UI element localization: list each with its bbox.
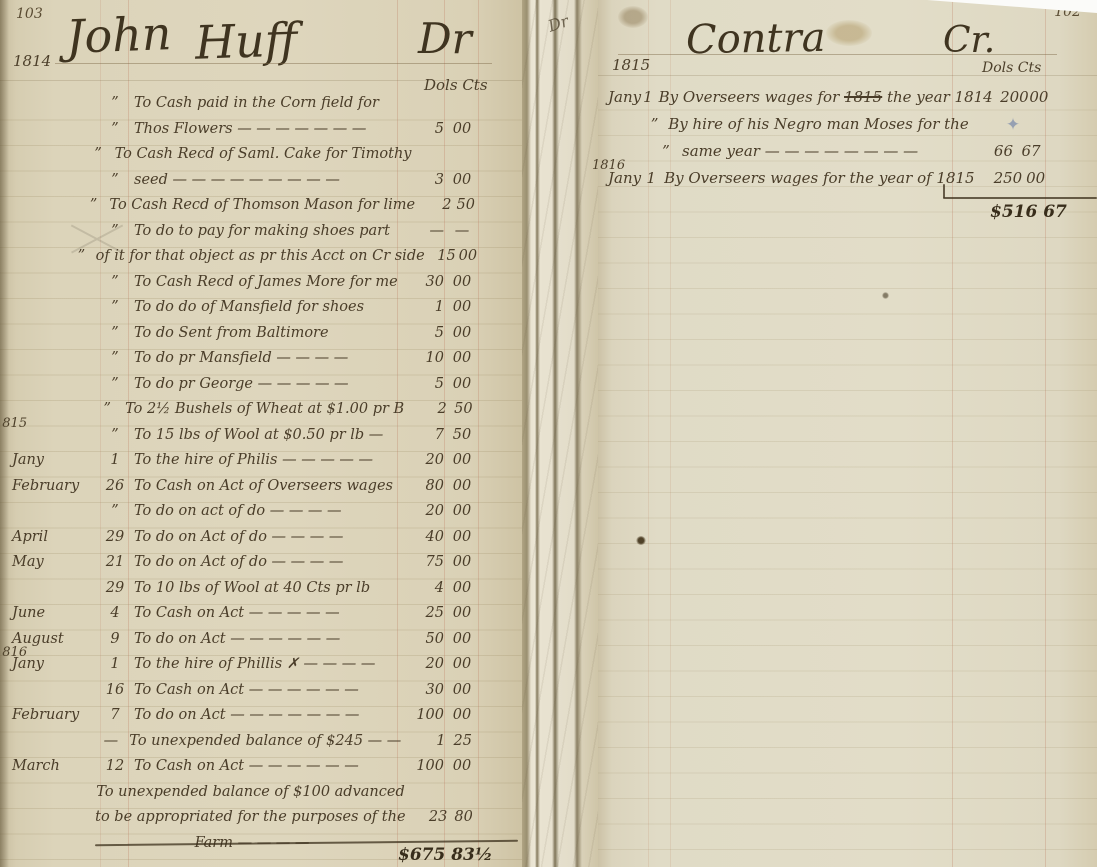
total-rule-hook xyxy=(943,184,945,198)
entry-text: To do Sent from Baltimore xyxy=(130,325,398,341)
amount-dollars: 3 xyxy=(398,172,444,188)
amount-dollars: 200 xyxy=(993,88,1029,106)
header-rule xyxy=(55,63,492,64)
ink-spot xyxy=(636,536,646,545)
date-day: ” xyxy=(86,146,111,162)
ledger-row: ”To Cash paid in the Corn field for xyxy=(0,95,522,121)
amount-cents: 00 xyxy=(444,376,480,392)
amount-dollars: 30 xyxy=(398,682,444,698)
ledger-row: May21To do on Act of do — — — —7500 xyxy=(0,554,522,580)
book-binding-gutter: Dr xyxy=(522,0,598,867)
amount-cents: 00 xyxy=(444,707,480,723)
date-day: ” xyxy=(100,503,130,519)
amount-cents: 00 xyxy=(444,350,480,366)
ledger-row: ”By hire of his Negro man Moses for the✦ xyxy=(598,115,1097,142)
date-day: 29 xyxy=(100,580,130,596)
amount-cents: 00 xyxy=(444,121,480,137)
pencil-mark xyxy=(68,212,126,264)
entry-text: To do on Act of do — — — — xyxy=(130,554,398,570)
amount-dollars: 1 xyxy=(401,733,445,749)
amount-cents: 00 xyxy=(444,325,480,341)
date-day: ” xyxy=(645,115,664,133)
entry-text: To Cash on Act of Overseers wages xyxy=(130,478,398,494)
date-month: February xyxy=(0,707,100,723)
date-day: 16 xyxy=(100,682,130,698)
ledger-row: ”To do on act of do — — — —2000 xyxy=(0,503,522,529)
paper-stain xyxy=(618,6,648,28)
ledger-row: ”To do pr Mansfield — — — —1000 xyxy=(0,350,522,376)
date-day: ” xyxy=(100,350,130,366)
contra-heading: Contra xyxy=(686,15,826,63)
pencil-star-mark: ✦ xyxy=(992,115,1020,135)
amount-dollars: 7 xyxy=(398,427,444,443)
date-day: ” xyxy=(82,197,106,213)
date-day: 1 xyxy=(100,452,130,468)
ledger-row: 1815”To 15 lbs of Wool at $0.50 pr lb —7… xyxy=(0,427,522,453)
date-month: 1816Jany xyxy=(598,169,642,187)
year-label: 1814 xyxy=(13,52,51,70)
amount-dollars: 20 xyxy=(398,656,444,672)
ledger-row: ”same year — — — — — — — —6667 xyxy=(598,142,1097,169)
ledger-row: February7To do on Act — — — — — — —10000 xyxy=(0,707,522,733)
debit-side-label: Dr xyxy=(418,14,472,63)
entry-text: To the hire of Philis — — — — — xyxy=(130,452,398,468)
amount-dollars: 30 xyxy=(398,274,444,290)
ledger-row: 16To Cash on Act — — — — — —3000 xyxy=(0,682,522,708)
amount-cents: 00 xyxy=(1022,169,1049,187)
ledger-row: ”To Cash Recd of James More for me3000 xyxy=(0,274,522,300)
ledger-page-debit: 103 1814 John Huff Dr Dols Cts ”To Cash … xyxy=(0,0,522,867)
date-month: March xyxy=(0,758,100,774)
entry-text: To Cash Recd of Thomson Mason for lime xyxy=(105,197,415,213)
amount-cents: 00 xyxy=(456,248,480,264)
amount-cents: 00 xyxy=(444,758,480,774)
amount-dollars: 5 xyxy=(398,121,444,137)
date-month: Jany xyxy=(0,452,100,468)
amount-dollars: 15 xyxy=(425,248,456,264)
ledger-row: February26To Cash on Act of Overseers wa… xyxy=(0,478,522,504)
amount-cents: 00 xyxy=(444,452,480,468)
account-holder-first-name: John xyxy=(65,6,172,64)
date-day: 12 xyxy=(100,758,130,774)
date-day: ” xyxy=(100,376,130,392)
date-month: 1816Jany xyxy=(0,656,100,672)
amount-cents: 00 xyxy=(444,682,480,698)
amount-dollars: 25 xyxy=(398,605,444,621)
amount-cents: 00 xyxy=(444,631,480,647)
entry-text: To Cash paid in the Corn field for xyxy=(130,95,398,111)
amount-cents: 00 xyxy=(444,580,480,596)
amount-cents: 50 xyxy=(444,427,480,443)
entry-text: same year — — — — — — — — xyxy=(678,142,949,160)
date-day: 1 xyxy=(642,169,660,187)
ledger-row: Jany1To the hire of Philis — — — — —2000 xyxy=(0,452,522,478)
struck-out-text: 1815 xyxy=(844,88,882,106)
entry-text: By hire of his Negro man Moses for the xyxy=(664,115,969,133)
amount-dollars: 1 xyxy=(398,299,444,315)
amount-cents: 00 xyxy=(444,605,480,621)
amount-dollars: 2 xyxy=(415,197,451,213)
page-total: $516 67 xyxy=(990,202,1067,222)
ledger-row: ”To Cash Recd of Saml. Cake for Timothy xyxy=(0,146,522,172)
gutter-page-edges xyxy=(522,0,598,867)
amount-cents: 80 xyxy=(447,809,480,825)
entry-text: By Overseers wages for 1815 the year 181… xyxy=(655,88,993,106)
amount-column-header: Dols Cts xyxy=(424,76,488,94)
entry-text: to be appropriated for the purposes of t… xyxy=(91,809,405,825)
ledger-rows: Jany1By Overseers wages for 1815 the yea… xyxy=(598,88,1097,196)
year-label: 1815 xyxy=(612,56,650,74)
entry-text: To Cash on Act — — — — — xyxy=(130,605,398,621)
entry-text: To do to pay for making shoes part xyxy=(130,223,398,239)
ledger-row: 1816Jany1By Overseers wages for the year… xyxy=(598,169,1097,196)
header-rule xyxy=(618,54,1057,55)
date-day: ” xyxy=(654,142,678,160)
ledger-row: March12To Cash on Act — — — — — —10000 xyxy=(0,758,522,784)
entry-text: To 15 lbs of Wool at $0.50 pr lb — xyxy=(130,427,398,443)
amount-dollars: 10 xyxy=(398,350,444,366)
amount-cents: 00 xyxy=(444,529,480,545)
ledger-row: April29To do on Act of do — — — —4000 xyxy=(0,529,522,555)
amount-cents: 00 xyxy=(1029,88,1049,106)
ledger-row: 1816Jany1To the hire of Phillis ✗ — — — … xyxy=(0,656,522,682)
entry-text: of it for that object as pr this Acct on… xyxy=(92,248,425,264)
date-month: April xyxy=(0,529,100,545)
date-day: ” xyxy=(100,299,130,315)
entry-text: To do on Act — — — — — — xyxy=(130,631,398,647)
entry-text: To Cash on Act — — — — — — xyxy=(130,682,398,698)
amount-dollars: ✦ xyxy=(969,115,1020,135)
amount-dollars: 4 xyxy=(398,580,444,596)
ledger-row: ”To 2½ Bushels of Wheat at $1.00 pr B250 xyxy=(0,401,522,427)
amount-dollars: 75 xyxy=(398,554,444,570)
date-day: ” xyxy=(100,95,130,111)
date-day: ” xyxy=(100,427,130,443)
date-day: 29 xyxy=(100,529,130,545)
ink-spot xyxy=(882,292,889,299)
entry-text: To do on act of do — — — — xyxy=(130,503,398,519)
ledger-row: ”To do Sent from Baltimore500 xyxy=(0,325,522,351)
date-day: 9 xyxy=(100,631,130,647)
ledger-spread: 103 1814 John Huff Dr Dols Cts ”To Cash … xyxy=(0,0,1097,867)
date-month: February xyxy=(0,478,100,494)
date-day: 26 xyxy=(100,478,130,494)
date-day: 1 xyxy=(100,656,130,672)
paper-stain xyxy=(826,20,872,46)
date-day: 21 xyxy=(100,554,130,570)
ledger-row: August9To do on Act — — — — — —5000 xyxy=(0,631,522,657)
amount-cents: 00 xyxy=(444,656,480,672)
entry-text: To Cash Recd of James More for me xyxy=(130,274,398,290)
amount-dollars: 5 xyxy=(398,376,444,392)
entry-text: By Overseers wages for the year of 1815 xyxy=(660,169,975,187)
account-holder-last-name: Huff xyxy=(194,12,298,70)
ledger-row: To unexpended balance of $100 advanced xyxy=(0,784,522,810)
entry-text: To do do of Mansfield for shoes xyxy=(130,299,398,315)
amount-dollars: 40 xyxy=(398,529,444,545)
ledger-row: to be appropriated for the purposes of t… xyxy=(0,809,522,835)
amount-dollars: — xyxy=(398,223,444,239)
amount-dollars: 66 xyxy=(949,142,1013,160)
date-day: ” xyxy=(100,172,130,188)
amount-dollars: 20 xyxy=(398,503,444,519)
ledger-rows: ”To Cash paid in the Corn field for”Thos… xyxy=(0,95,522,860)
amount-column-header: Dols Cts xyxy=(982,60,1041,76)
amount-cents: 00 xyxy=(444,299,480,315)
date-day: — xyxy=(97,733,126,749)
entry-text: Thos Flowers — — — — — — — xyxy=(130,121,398,137)
amount-cents: 00 xyxy=(444,274,480,290)
ledger-row: ”Thos Flowers — — — — — — —500 xyxy=(0,121,522,147)
date-day: ” xyxy=(100,274,130,290)
entry-text: To 2½ Bushels of Wheat at $1.00 pr B xyxy=(121,401,404,417)
amount-dollars: 23 xyxy=(406,809,448,825)
page-number: 103 xyxy=(16,6,43,22)
amount-cents: 00 xyxy=(444,503,480,519)
amount-dollars: 80 xyxy=(398,478,444,494)
amount-dollars: 100 xyxy=(398,758,444,774)
ledger-page-credit: 102 Contra Cr. 1815 Dols Cts Jany1By Ove… xyxy=(598,0,1097,867)
amount-cents: 00 xyxy=(444,554,480,570)
date-month: Jany xyxy=(598,88,641,106)
date-day: 1 xyxy=(641,88,655,106)
entry-text: seed — — — — — — — — — xyxy=(130,172,398,188)
entry-text: To 10 lbs of Wool at 40 Cts pr lb xyxy=(130,580,398,596)
entry-text: To do pr George — — — — — xyxy=(130,376,398,392)
amount-cents: 50 xyxy=(452,197,481,213)
ledger-row: 29To 10 lbs of Wool at 40 Cts pr lb400 xyxy=(0,580,522,606)
date-day: ” xyxy=(100,325,130,341)
entry-text: To Cash on Act — — — — — — xyxy=(130,758,398,774)
ledger-row: —To unexpended balance of $245 — —125 xyxy=(0,733,522,759)
date-day: ” xyxy=(100,121,130,137)
ledger-row: ”To do pr George — — — — —500 xyxy=(0,376,522,402)
entry-text: To Cash Recd of Saml. Cake for Timothy xyxy=(111,146,412,162)
date-day: 4 xyxy=(100,605,130,621)
book-edge-shadow xyxy=(0,0,9,867)
entry-text: To unexpended balance of $245 — — xyxy=(125,733,401,749)
year-label: 1816 xyxy=(592,158,625,173)
total-rule xyxy=(943,197,1097,199)
date-month: May xyxy=(0,554,100,570)
amount-dollars: 50 xyxy=(398,631,444,647)
ledger-row: ”seed — — — — — — — — —300 xyxy=(0,172,522,198)
date-day: 7 xyxy=(100,707,130,723)
amount-dollars: 100 xyxy=(398,707,444,723)
amount-cents: 00 xyxy=(444,478,480,494)
ledger-row: ”To do do of Mansfield for shoes100 xyxy=(0,299,522,325)
entry-text: To the hire of Phillis ✗ — — — — xyxy=(130,656,398,672)
entry-text: To unexpended balance of $100 advanced xyxy=(92,784,404,800)
ledger-row: June4To Cash on Act — — — — —2500 xyxy=(0,605,522,631)
amount-cents: — xyxy=(444,223,480,239)
date-day: ” xyxy=(93,401,121,417)
amount-dollars: 2 xyxy=(404,401,447,417)
amount-dollars: 5 xyxy=(398,325,444,341)
entry-text: To do on Act of do — — — — xyxy=(130,529,398,545)
amount-dollars: 250 xyxy=(975,169,1023,187)
amount-dollars: 20 xyxy=(398,452,444,468)
amount-cents: 50 xyxy=(447,401,480,417)
amount-cents: 00 xyxy=(444,172,480,188)
ledger-row: Jany1By Overseers wages for 1815 the yea… xyxy=(598,88,1097,115)
entry-text: To do on Act — — — — — — — xyxy=(130,707,398,723)
page-total: $675 83½ xyxy=(398,845,493,865)
amount-cents: 25 xyxy=(445,733,480,749)
amount-cents: 67 xyxy=(1013,142,1049,160)
date-month: June xyxy=(0,605,100,621)
entry-text: To do pr Mansfield — — — — xyxy=(130,350,398,366)
